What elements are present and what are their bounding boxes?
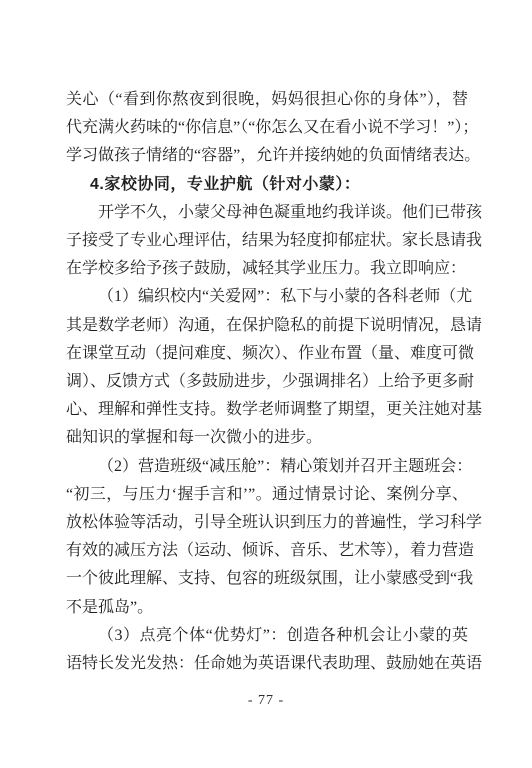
text-line: 其是数学老师）沟通，在保护隐私的前提下说明情况，恳请 — [66, 312, 468, 340]
text-line: 在学校多给予孩子鼓励，减轻其学业压力。我立即响应： — [66, 255, 468, 283]
text-line: 础知识的掌握和每一次微小的进步。 — [66, 424, 468, 452]
section-heading: 4.家校协同，专业护航（针对小蒙）： — [66, 171, 468, 199]
text-line: 关心（“看到你熬夜到很晚，妈妈很担心你的身体”），替 — [66, 86, 468, 114]
text-line: 一个彼此理解、支持、包容的班级氛围，让小蒙感受到“我 — [66, 565, 468, 593]
text-line: （3）点亮个体“优势灯”：创造各种机会让小蒙的英 — [66, 622, 468, 650]
text-line: 心、理解和弹性支持。数学老师调整了期望，更关注她对基 — [66, 396, 468, 424]
text-line: 语特长发光发热：任命她为英语课代表助理、鼓励她在英语 — [66, 650, 468, 678]
text-line: 学习做孩子情绪的“容器”，允许并接纳她的负面情绪表达。 — [66, 142, 468, 170]
text-line: 代充满火药味的“你信息”（“你怎么又在看小说不学习！”）； — [66, 114, 468, 142]
page-number: - 77 - — [0, 691, 532, 711]
text-line: 不是孤岛”。 — [66, 594, 468, 622]
text-line: 调）、反馈方式（多鼓励进步，少强调排名）上给予更多耐 — [66, 368, 468, 396]
text-line: “初三，与压力‘握手言和’”。通过情景讨论、案例分享、 — [66, 481, 468, 509]
text-line: 子接受了专业心理评估，结果为轻度抑郁症状。家长恳请我 — [66, 227, 468, 255]
text-line: 在课堂互动（提问难度、频次）、作业布置（量、难度可微 — [66, 340, 468, 368]
document-text: 关心（“看到你熬夜到很晚，妈妈很担心你的身体”），替代充满火药味的“你信息”（“… — [66, 86, 468, 678]
text-line: 开学不久，小蒙父母神色凝重地约我详谈。他们已带孩 — [66, 199, 468, 227]
text-line: 放松体验等活动，引导全班认识到压力的普遍性，学习科学 — [66, 509, 468, 537]
text-line: （1）编织校内“关爱网”：私下与小蒙的各科老师（尤 — [66, 283, 468, 311]
text-line: （2）营造班级“减压舱”：精心策划并召开主题班会： — [66, 453, 468, 481]
document-page: 关心（“看到你熬夜到很晚，妈妈很担心你的身体”），替代充满火药味的“你信息”（“… — [0, 0, 532, 768]
text-line: 有效的减压方法（运动、倾诉、音乐、艺术等），着力营造 — [66, 537, 468, 565]
